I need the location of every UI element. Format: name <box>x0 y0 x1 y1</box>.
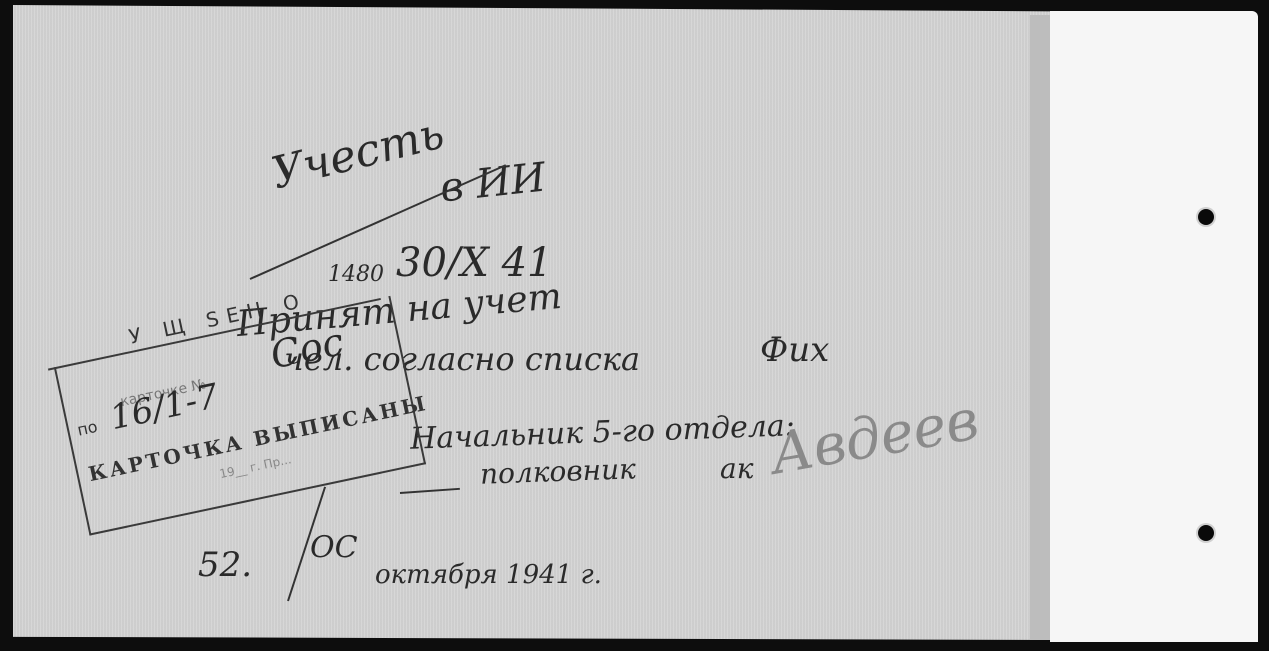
binding-strip <box>1050 11 1258 642</box>
per-list-end: Фих <box>760 330 829 370</box>
signatory-initials: ак <box>720 452 753 485</box>
punch-hole-bottom <box>1198 525 1214 541</box>
punch-hole-top <box>1198 209 1214 225</box>
bottom-date: октября 1941 г. <box>375 560 602 590</box>
signatory-rank: полковник <box>479 452 636 490</box>
bottom-number: 52. <box>198 545 252 585</box>
bottom-initials: ОС <box>310 530 358 565</box>
